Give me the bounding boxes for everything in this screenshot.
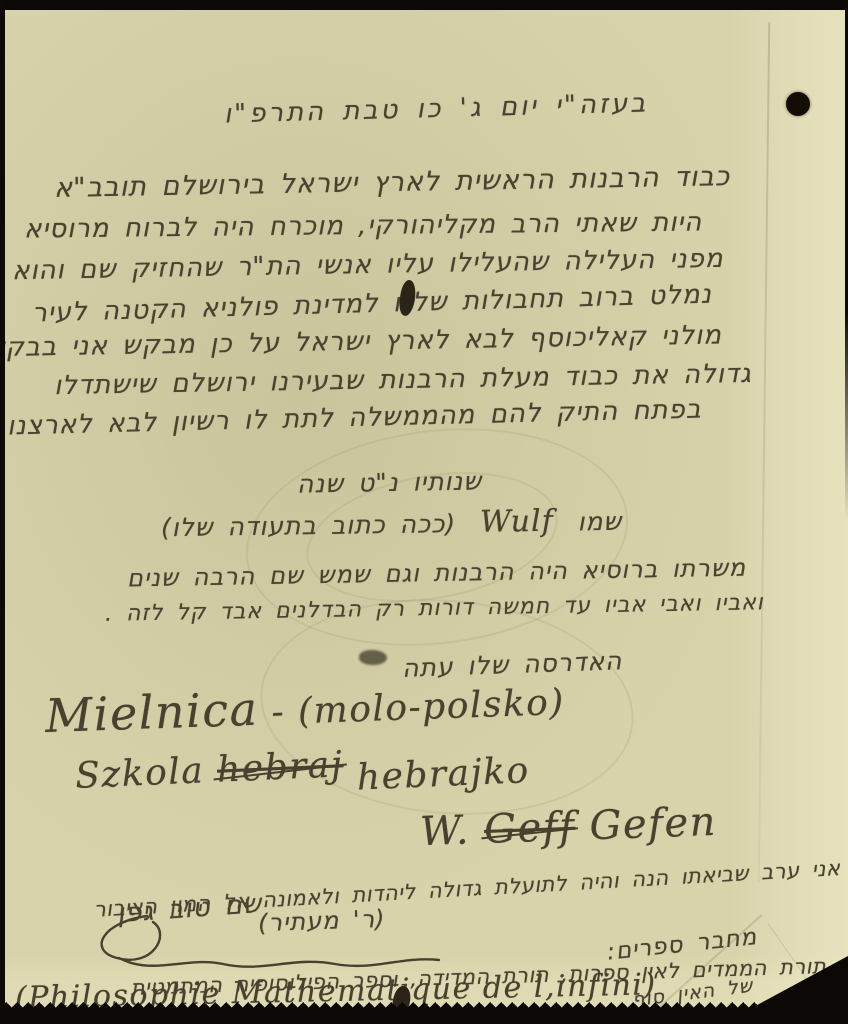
latin-signature-line: W. Geff Gefen: [419, 799, 717, 855]
scanned-letter-page: בעזה"י יום ג' כו טבת התרפ"ו כבוד הרבנות …: [0, 0, 848, 1024]
signature-surname: Gefen: [589, 799, 718, 849]
punch-hole: [786, 92, 810, 116]
body-line: מפני העלילה שהעלילו עליו אנשי הת"ר שהחזי…: [12, 244, 724, 286]
school-word-corrected: hebrajko: [356, 750, 530, 799]
name-line: שמו Wulf (ככה כתוב בתעודה שלו): [161, 503, 623, 544]
city-name: Mielnica: [44, 682, 259, 743]
name-note: (ככה כתוב בתעודה שלו): [161, 509, 456, 542]
latin-given-name: Wulf: [470, 504, 564, 540]
age-line: שנותיו נ"ט שנה: [297, 466, 483, 498]
paper-crease: [758, 22, 770, 882]
body-line: כבוד הרבנות הראשית לארץ ישראל בירושלם תו…: [54, 161, 731, 204]
body-line: בפתח התיק להם מהממשלה לתת לו רשיון לבא ל…: [7, 395, 702, 442]
name-label: שמו: [577, 507, 622, 537]
body-line: גדולה את כבוד מעלת הרבנות שבעירנו ירושלם…: [54, 359, 752, 401]
paper-sheet: בעזה"י יום ג' כו טבת התרפ"ו כבוד הרבנות …: [5, 10, 848, 1014]
scan-edge-top: [0, 0, 848, 10]
date-line: בעזה"י יום ג' כו טבת התרפ"ו: [223, 88, 648, 129]
body-line: מולני קאליכוסף לבא לארץ ישראל על כן מבקש…: [0, 320, 722, 363]
scan-edge-bottom: [0, 1010, 848, 1024]
dash: -: [271, 692, 286, 733]
body-line: היות שאתי הרב מקליהורקי, מוכרח היה לברוח…: [24, 207, 702, 244]
service-line: משרתו ברוסיא היה הרבנות וגם שמש שם הרבה …: [127, 554, 747, 593]
ink-smudge: [359, 650, 387, 665]
school-word: Szkola: [74, 750, 205, 797]
region-name: (molo-polsko): [297, 682, 565, 732]
signature-struck: Geff: [483, 804, 576, 853]
scan-edge-left: [0, 0, 5, 1024]
body-line: נמלט ברוב תחבולות שלנו למדינת פולניא הקט…: [32, 280, 713, 329]
perforated-edge: [0, 1002, 848, 1010]
address-school-line: Szkola hebraj hebrajko: [74, 736, 530, 797]
school-word-struck: hebraj: [216, 744, 344, 790]
signature-initial: W.: [419, 807, 470, 855]
